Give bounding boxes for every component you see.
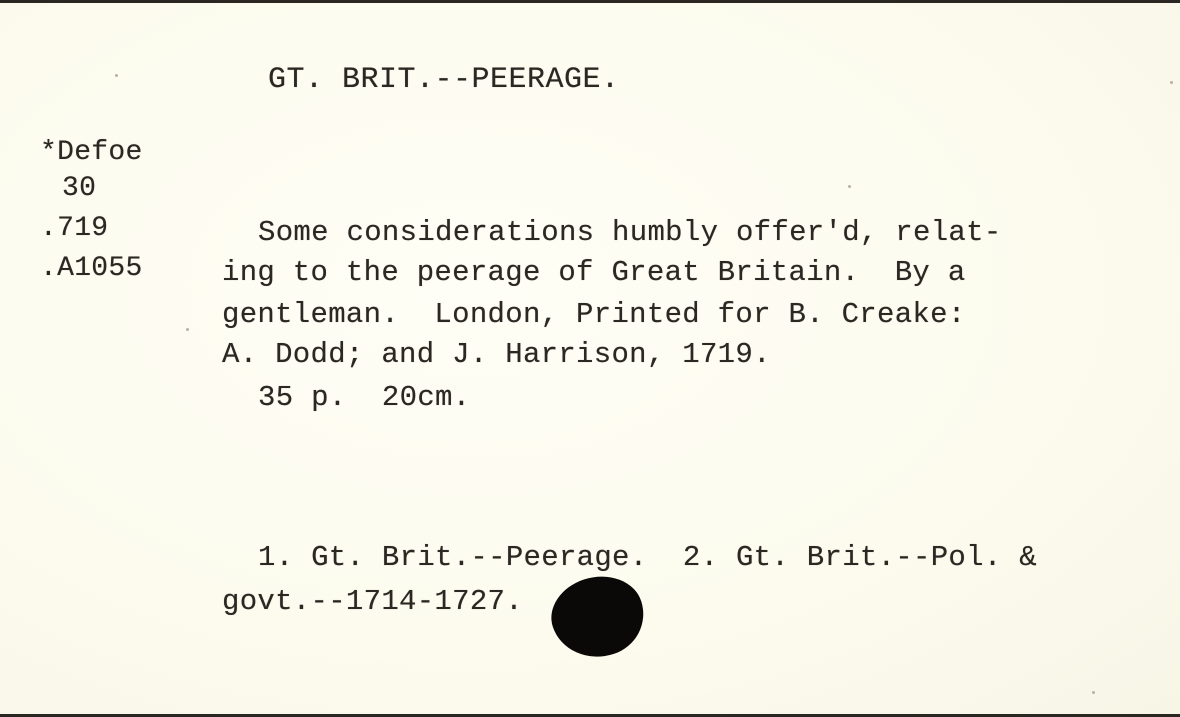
call-number-line: .A1055 bbox=[40, 255, 143, 283]
tracing-line: govt.--1714-1727. bbox=[222, 587, 523, 616]
paper-speck bbox=[186, 328, 189, 331]
call-number-line: *Defoe bbox=[40, 139, 143, 167]
paper-speck bbox=[115, 74, 118, 77]
tracing-line: 1. Gt. Brit.--Peerage. 2. Gt. Brit.--Pol… bbox=[258, 543, 1037, 572]
description-line: gentleman. London, Printed for B. Creake… bbox=[222, 300, 966, 329]
description-line: Some considerations humbly offer'd, rela… bbox=[258, 218, 1002, 247]
catalog-card: GT. BRIT.--PEERAGE. *Defoe 30 .719 .A105… bbox=[0, 3, 1180, 714]
call-number-line: 30 bbox=[62, 175, 96, 203]
subject-heading: GT. BRIT.--PEERAGE. bbox=[268, 65, 620, 95]
paper-speck bbox=[1092, 691, 1095, 694]
description-line: A. Dodd; and J. Harrison, 1719. bbox=[222, 340, 771, 369]
description-line: ing to the peerage of Great Britain. By … bbox=[222, 258, 966, 287]
collation: 35 p. 20cm. bbox=[258, 383, 470, 412]
paper-speck bbox=[848, 185, 851, 188]
call-number-line: .719 bbox=[40, 215, 108, 243]
paper-speck bbox=[1170, 81, 1173, 84]
ink-blot bbox=[542, 565, 654, 670]
